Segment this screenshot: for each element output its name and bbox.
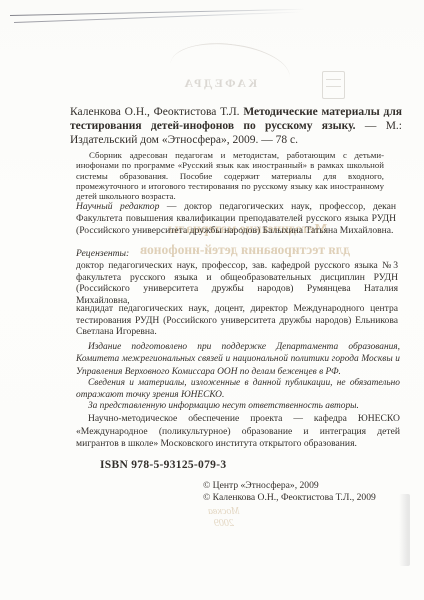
methodology-note-paragraph: Научно-методическое обеспечение проекта … (76, 413, 400, 451)
annotation-paragraph: Сборник адресован педагогам и методистам… (76, 150, 384, 201)
support-note-paragraph: Издание подготовлено при поддержке Депар… (76, 341, 400, 378)
copyright-publisher-line: © Центр «Этносфера», 2009 (203, 480, 413, 492)
authors-responsibility-line: За представленную информацию несут ответ… (76, 401, 400, 413)
authors-text: Каленкова О.Н., Феоктистова Т.Л. (70, 106, 243, 118)
book-imprint-page: КАФЕДРА Каленкова О.Н., Феоктистова Т.Л.… (0, 0, 424, 600)
copyright-block: © Центр «Этносфера», 2009 © Каленкова О.… (203, 480, 413, 505)
showthrough-city-text: Москва (208, 506, 240, 517)
page-edge-line-bottom (14, 11, 302, 23)
isbn-line: ISBN 978-5-93125-079-3 (100, 459, 300, 471)
showthrough-stamp-arc (167, 37, 293, 104)
unesco-disclaimer-paragraph: Сведения и материалы, изложенные в данно… (76, 378, 400, 401)
page-edge-line-top (10, 9, 306, 16)
science-editor-paragraph: Научный редактор — доктор педагогических… (76, 201, 396, 237)
science-editor-label: Научный редактор (76, 201, 159, 212)
reviewers-label: Рецензенты: (76, 248, 276, 259)
reviewer-2-paragraph: кандидат педагогических наук, доцент, ди… (76, 303, 398, 338)
bibliographic-entry: Каленкова О.Н., Феоктистова Т.Л. Методич… (70, 106, 402, 147)
showthrough-emblem-icon (322, 71, 345, 99)
reviewer-1-paragraph: доктор педагогических наук, профессор, з… (76, 260, 398, 306)
showthrough-year-text: 2009 (214, 518, 234, 529)
copyright-authors-line: © Каленкова О.Н., Феоктистова Т.Л., 2009 (203, 492, 413, 504)
showthrough-stamp-text: КАФЕДРА (182, 76, 257, 91)
